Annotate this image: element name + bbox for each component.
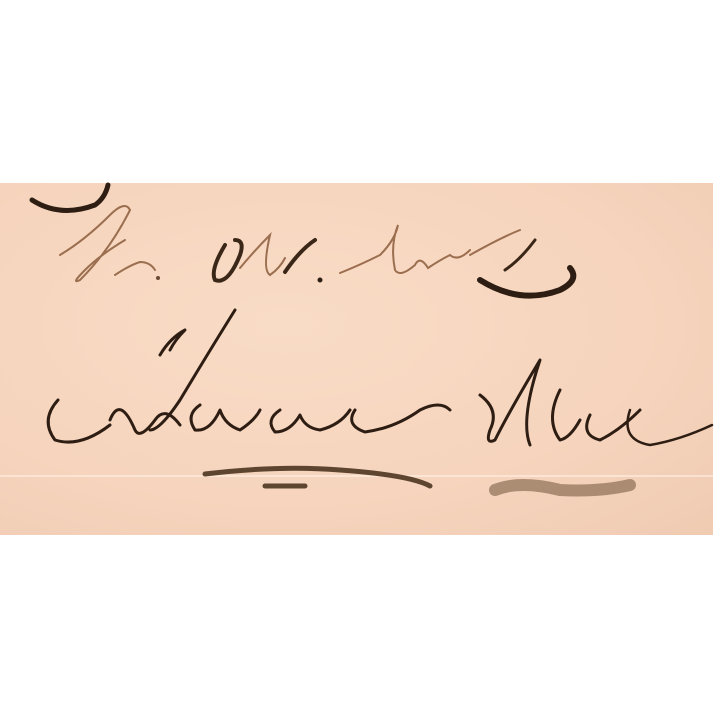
closing-line [60,206,573,296]
flourish-top-left [32,185,108,210]
signature [48,310,712,445]
handwriting [0,0,720,720]
underline-flourish [205,468,630,490]
